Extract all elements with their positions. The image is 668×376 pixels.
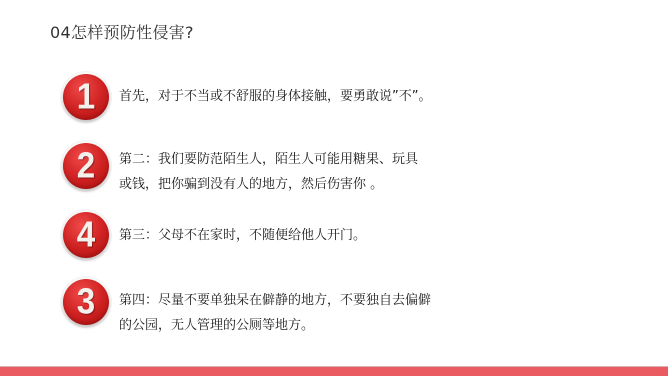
number-badge-icon: 1	[63, 74, 109, 120]
badge-number: 3	[65, 283, 107, 319]
number-badge-icon: 4	[63, 212, 109, 258]
item-text: 第二：我们要防范陌生人，陌生人可能用糖果、玩具 或钱，把你骗到没有人的地方，然后…	[119, 147, 479, 197]
item-text: 第三：父母不在家时，不随便给他人开门。	[119, 223, 479, 248]
item-text: 首先，对于不当或不舒服的身体接触，要勇敢说”不”。	[119, 84, 479, 109]
badge-number: 1	[65, 78, 107, 114]
list-item-1: 1 首先，对于不当或不舒服的身体接触，要勇敢说”不”。	[63, 74, 479, 120]
list-item-4: 3 第四：尽量不要单独呆在僻静的地方，不要独自去偏僻 的公园，无人管理的公厕等地…	[63, 279, 479, 338]
list-item-2: 2 第二：我们要防范陌生人，陌生人可能用糖果、玩具 或钱，把你骗到没有人的地方，…	[63, 143, 479, 197]
slide-title: 04怎样预防性侵害?	[50, 20, 194, 43]
list-item-3: 4 第三：父母不在家时，不随便给他人开门。	[63, 212, 479, 258]
number-badge-icon: 2	[63, 143, 109, 189]
number-badge-icon: 3	[63, 279, 109, 325]
bottom-accent-bar	[0, 366, 668, 376]
badge-number: 2	[65, 147, 107, 183]
item-text: 第四：尽量不要单独呆在僻静的地方，不要独自去偏僻 的公园，无人管理的公厕等地方。	[119, 288, 479, 338]
badge-number: 4	[65, 216, 107, 252]
